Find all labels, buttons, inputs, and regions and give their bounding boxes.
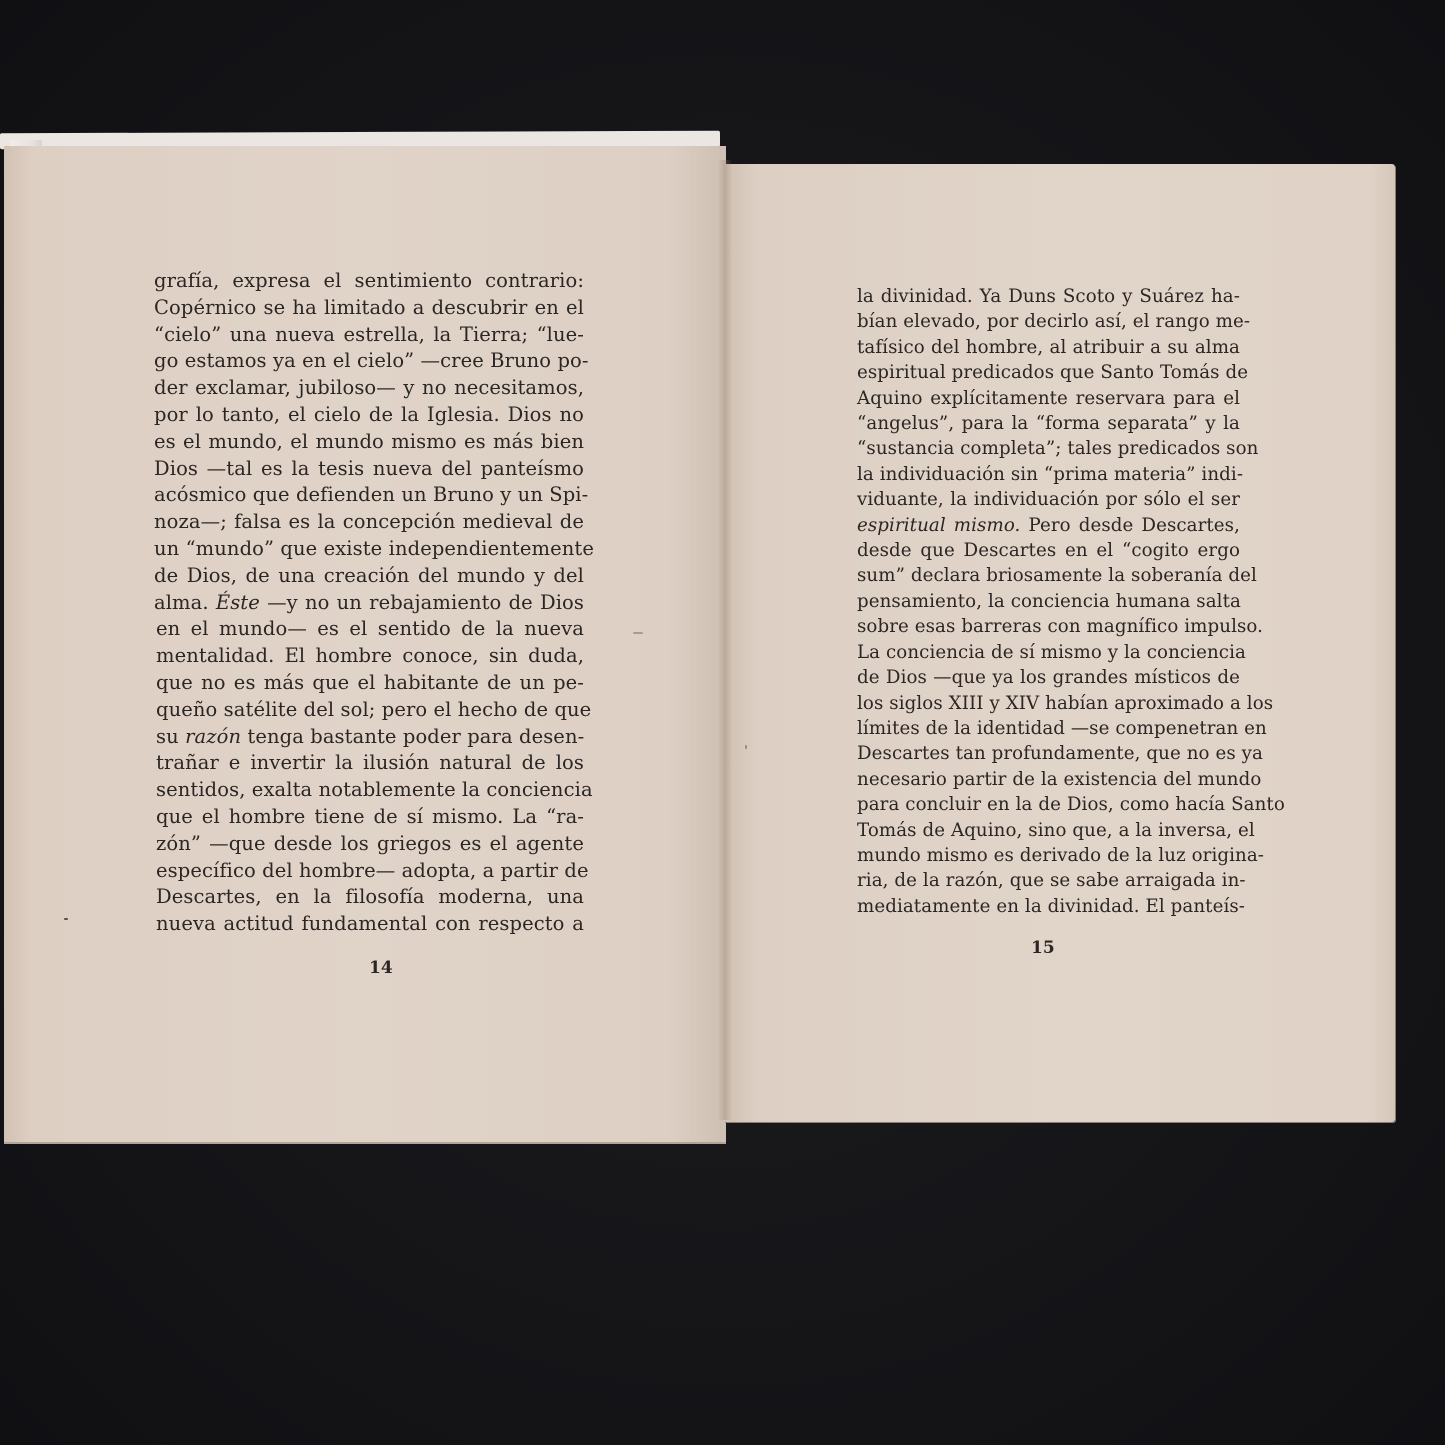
- text-line: go estamos ya en el cielo” —cree Bruno p…: [154, 348, 584, 375]
- text-line: nueva actitud fundamental con respecto a: [154, 911, 584, 938]
- text-line: trañar e invertir la ilusión natural de …: [154, 750, 584, 777]
- right-page-text: la divinidad. Ya Duns Scoto y Suárez ha-…: [857, 284, 1240, 919]
- text-line: der exclamar, jubiloso— y no necesitamos…: [154, 375, 584, 402]
- text-line: necesario partir de la existencia del mu…: [857, 767, 1240, 792]
- text-line: Copérnico se ha limitado a descubrir en …: [154, 295, 584, 322]
- text-line: alma. Éste —y no un rebajamiento de Dios: [154, 590, 584, 617]
- text-line: mentalidad. El hombre conoce, sin duda,: [154, 643, 584, 670]
- text-line: la divinidad. Ya Duns Scoto y Suárez ha-: [857, 284, 1240, 309]
- text-line: sentidos, exalta notablemente la concien…: [154, 777, 584, 804]
- text-line: los siglos XIII y XIV habían aproximado …: [857, 691, 1240, 716]
- text-line: acósmico que defienden un Bruno y un Spi…: [154, 482, 584, 509]
- text-line: Descartes tan profundamente, que no es y…: [857, 741, 1240, 766]
- text-line: en el mundo— es el sentido de la nueva: [154, 616, 584, 643]
- text-line: La conciencia de sí mismo y la concienci…: [857, 640, 1240, 665]
- text-line: Tomás de Aquino, sino que, a la inversa,…: [857, 818, 1240, 843]
- text-line: su razón tenga bastante poder para desen…: [154, 724, 584, 751]
- text-line: por lo tanto, el cielo de la Iglesia. Di…: [154, 402, 584, 429]
- text-line: noza—; falsa es la concepción medieval d…: [154, 509, 584, 536]
- text-line: “angelus”, para la “forma separata” y la: [857, 411, 1240, 436]
- paper-speck: [745, 745, 747, 749]
- text-line: de Dios —que ya los grandes místicos de: [857, 665, 1240, 690]
- text-line: es el mundo, el mundo mismo es más bien: [154, 429, 584, 456]
- text-line: Aquino explícitamente reservara para el: [857, 386, 1240, 411]
- text-line: Dios —tal es la tesis nueva del panteísm…: [154, 456, 584, 483]
- text-line: espiritual predicados que Santo Tomás de: [857, 360, 1240, 385]
- text-line: mediatamente en la divinidad. El panteís…: [857, 894, 1240, 919]
- text-line: mundo mismo es derivado de la luz origin…: [857, 843, 1240, 868]
- text-line: pensamiento, la conciencia humana salta: [857, 589, 1240, 614]
- text-line: desde que Descartes en el “cogito ergo: [857, 538, 1240, 563]
- text-line: para concluir en la de Dios, como hacía …: [857, 792, 1240, 817]
- text-line: tafísico del hombre, al atribuir a su al…: [857, 335, 1240, 360]
- text-line: que el hombre tiene de sí mismo. La “ra-: [154, 804, 584, 831]
- text-line: específico del hombre— adopta, a partir …: [154, 858, 584, 885]
- text-line: bían elevado, por decirlo así, el rango …: [857, 309, 1240, 334]
- text-line: sum” declara briosamente la soberanía de…: [857, 563, 1240, 588]
- text-line: de Dios, de una creación del mundo y del: [154, 563, 584, 590]
- text-line: espiritual mismo. Pero desde Descartes,: [857, 513, 1240, 538]
- text-line: la individuación sin “prima materia” ind…: [857, 462, 1240, 487]
- text-line: que no es más que el habitante de un pe-: [154, 670, 584, 697]
- text-line: grafía, expresa el sentimiento contrario…: [154, 268, 584, 295]
- paper-speck: [633, 632, 643, 634]
- text-line: un “mundo” que existe independientemente: [154, 536, 584, 563]
- text-line: Descartes, en la filosofía moderna, una: [154, 884, 584, 911]
- paper-speck: [64, 918, 68, 920]
- text-line: límites de la identidad —se compenetran …: [857, 716, 1240, 741]
- text-line: zón” —que desde los griegos es el agente: [154, 831, 584, 858]
- text-line: sobre esas barreras con magnífico impuls…: [857, 614, 1240, 639]
- book-gutter: [718, 160, 732, 1120]
- text-line: “cielo” una nueva estrella, la Tierra; “…: [154, 322, 584, 349]
- text-line: “sustancia completa”; tales predicados s…: [857, 436, 1240, 461]
- text-line: ria, de la razón, que se sabe arraigada …: [857, 868, 1240, 893]
- page-number-left: 14: [369, 958, 393, 978]
- page-number-right: 15: [1031, 938, 1055, 958]
- text-line: viduante, la individuación por sólo el s…: [857, 487, 1240, 512]
- text-line: queño satélite del sol; pero el hecho de…: [154, 697, 584, 724]
- left-page-text: grafía, expresa el sentimiento contrario…: [154, 268, 584, 938]
